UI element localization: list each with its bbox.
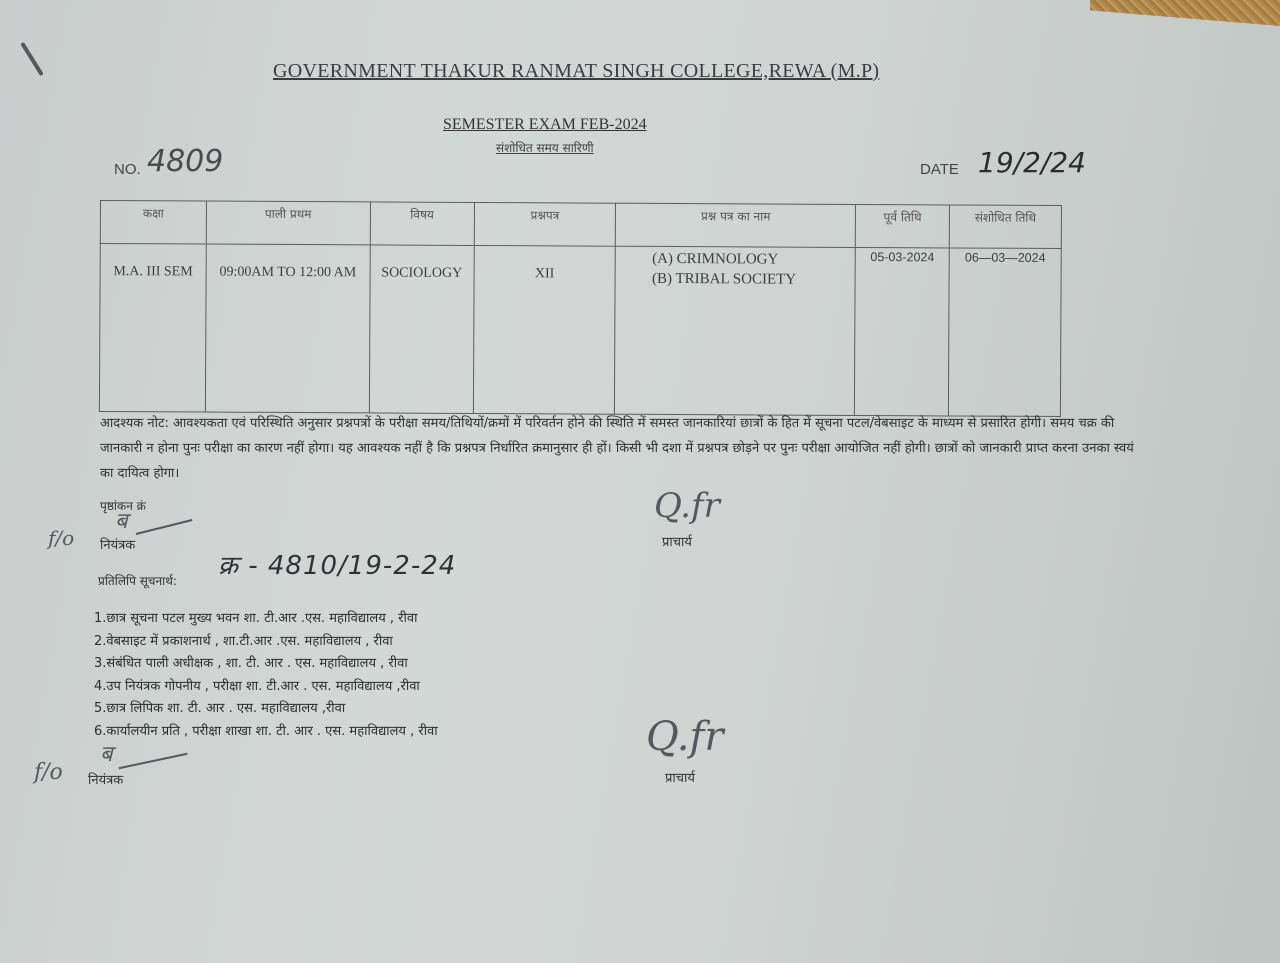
exam-title: SEMESTER EXAM FEB-2024 (443, 116, 647, 134)
cell-shift-time: 09:00AM TO 12:00 AM (205, 244, 370, 413)
header-paper: प्रश्नपत्र (474, 202, 616, 246)
principal-signature-2: Q.fr (646, 714, 723, 760)
table-header-row: कक्षा पाली प्रथम विषय प्रश्नपत्र प्रश्न … (100, 201, 1061, 249)
header-subject: विषय (370, 202, 474, 246)
paper-name-a: (A) CRIMNOLOGY (652, 249, 854, 270)
table-row: M.A. III SEM 09:00AM TO 12:00 AM SOCIOLO… (99, 244, 1061, 417)
list-item: 2.वेबसाइट में प्रकाशनार्थ , शा.टी.आर .एस… (94, 631, 438, 654)
controller-label-2: नियंत्रक (88, 770, 123, 788)
header-previous-date: पूर्व तिथि (855, 204, 949, 247)
controller-signature-mark-2: ब (100, 738, 113, 768)
date-label: DATE (920, 161, 959, 178)
header-revised-date: संशोधित तिथि (949, 205, 1061, 249)
cell-paper-name: (A) CRIMNOLOGY (B) TRIBAL SOCIETY (615, 246, 856, 415)
corkboard-background (1090, 0, 1280, 26)
controller-initial-signature-2: f/o (34, 760, 63, 785)
cell-subject: SOCIOLOGY (369, 245, 474, 414)
list-item: 4.उप नियंत्रक गोपनीय , परीक्षा शा. टी.आर… (94, 676, 438, 699)
principal-signature: Q.fr (654, 486, 720, 526)
number-label: NO. (114, 161, 141, 178)
header-paper-name: प्रश्न पत्र का नाम (616, 203, 856, 247)
cell-revised-date: 06—03—2024 (948, 248, 1061, 417)
cell-previous-date: 05-03-2024 (855, 247, 950, 415)
copy-for-info-label: प्रतिलिपि सूचनार्थ: (98, 572, 177, 589)
list-item: 6.कार्यालयीन प्रति , परीक्षा शाखा शा. टी… (94, 721, 438, 744)
list-item: 3.संबंधित पाली अधीक्षक , शा. टी. आर . एस… (94, 653, 438, 676)
list-item: 5.छात्र लिपिक शा. टी. आर . एस. महाविद्या… (94, 698, 438, 721)
college-title: GOVERNMENT THAKUR RANMAT SINGH COLLEGE,R… (273, 60, 879, 83)
cell-paper: XII (473, 245, 616, 414)
important-note: आदश्यक नोट: आवश्यकता एवं परिस्थिति अनुसा… (100, 411, 1140, 486)
revised-timetable-subtitle: संशोधित समय सारिणी (496, 139, 594, 156)
copy-reference-handwritten: क्र - 4810/19-2-24 (218, 546, 456, 582)
controller-initial-signature: f/o (48, 526, 74, 550)
schedule-table: कक्षा पाली प्रथम विषय प्रश्नपत्र प्रश्न … (99, 200, 1062, 417)
list-item: 1.छात्र सूचना पटल मुख्य भवन शा. टी.आर .ए… (94, 608, 438, 631)
number-value: 4809 (147, 144, 223, 179)
signature-stroke-2 (119, 753, 188, 769)
cell-class: M.A. III SEM (99, 244, 206, 413)
signature-stroke (136, 519, 193, 534)
header-shift: पाली प्रथम (206, 201, 370, 245)
pen-stroke-mark (20, 42, 44, 76)
header-class: कक्षा (100, 201, 206, 245)
principal-label-2: प्राचार्य (665, 768, 695, 786)
principal-label: प्राचार्य (662, 532, 692, 550)
controller-signature-mark: ब (115, 505, 128, 535)
controller-label: नियंत्रक (100, 535, 135, 553)
paper-name-b: (B) TRIBAL SOCIETY (652, 269, 854, 290)
copy-recipients-list: 1.छात्र सूचना पटल मुख्य भवन शा. टी.आर .ए… (94, 608, 438, 743)
date-value: 19/2/24 (978, 146, 1086, 179)
